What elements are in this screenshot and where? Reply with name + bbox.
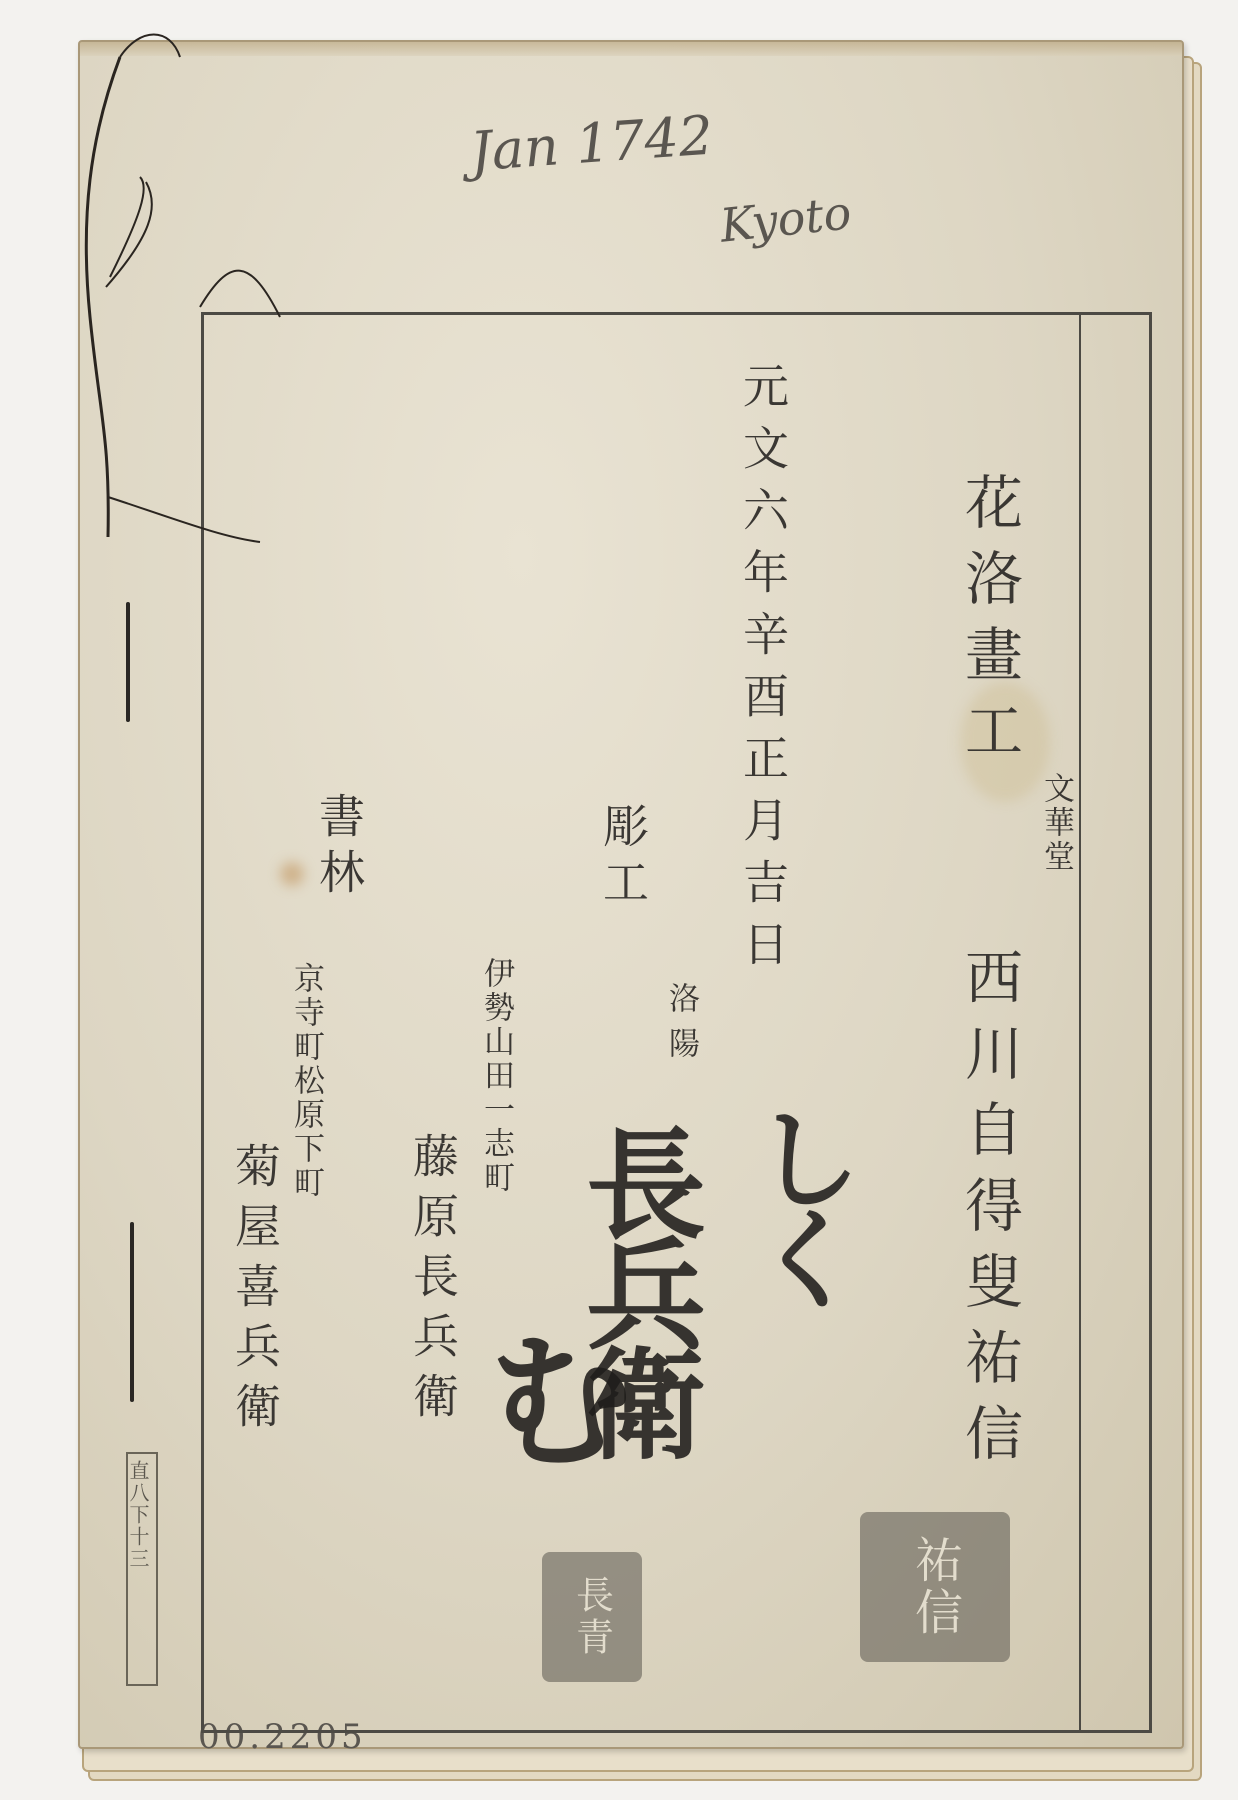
carver-title: 彫工 <box>600 802 646 914</box>
carver-address: 伊勢山田一志町 <box>480 957 511 1195</box>
binding-stitch <box>130 1222 134 1402</box>
colophon-page: Jan 1742 Kyoto 00.2205 直八下十三 花洛畫工 文華堂 西川… <box>78 40 1184 1749</box>
carver-place: 洛陽 <box>665 982 696 1072</box>
binding-thread-icon <box>50 17 310 557</box>
date-line: 元文六年辛酉正月吉日 <box>740 362 786 982</box>
book: Jan 1742 Kyoto 00.2205 直八下十三 花洛畫工 文華堂 西川… <box>52 40 1202 1780</box>
handwritten-date: Jan 1742 <box>468 104 715 184</box>
brush-signature-2: む <box>440 1322 656 1462</box>
frame-divider <box>1079 315 1081 1730</box>
brush-flourish: しく <box>720 1102 878 1302</box>
margin-label: 直八下十三 <box>128 1460 148 1570</box>
publisher-name: 菊屋喜兵衛 <box>232 1142 278 1442</box>
carver-seal: 長青 <box>542 1552 642 1682</box>
handwritten-place: Kyoto <box>718 185 854 252</box>
publisher-address: 京寺町松原下町 <box>290 962 321 1200</box>
painter-name: 西川自得叟祐信 <box>960 947 1018 1479</box>
painter-title: 花洛畫工 <box>960 472 1018 776</box>
binding-stitch <box>126 602 130 722</box>
painter-studio: 文華堂 <box>1040 772 1071 874</box>
painter-seal: 祐信 <box>860 1512 1010 1662</box>
publisher-title: 書林 <box>316 792 362 904</box>
